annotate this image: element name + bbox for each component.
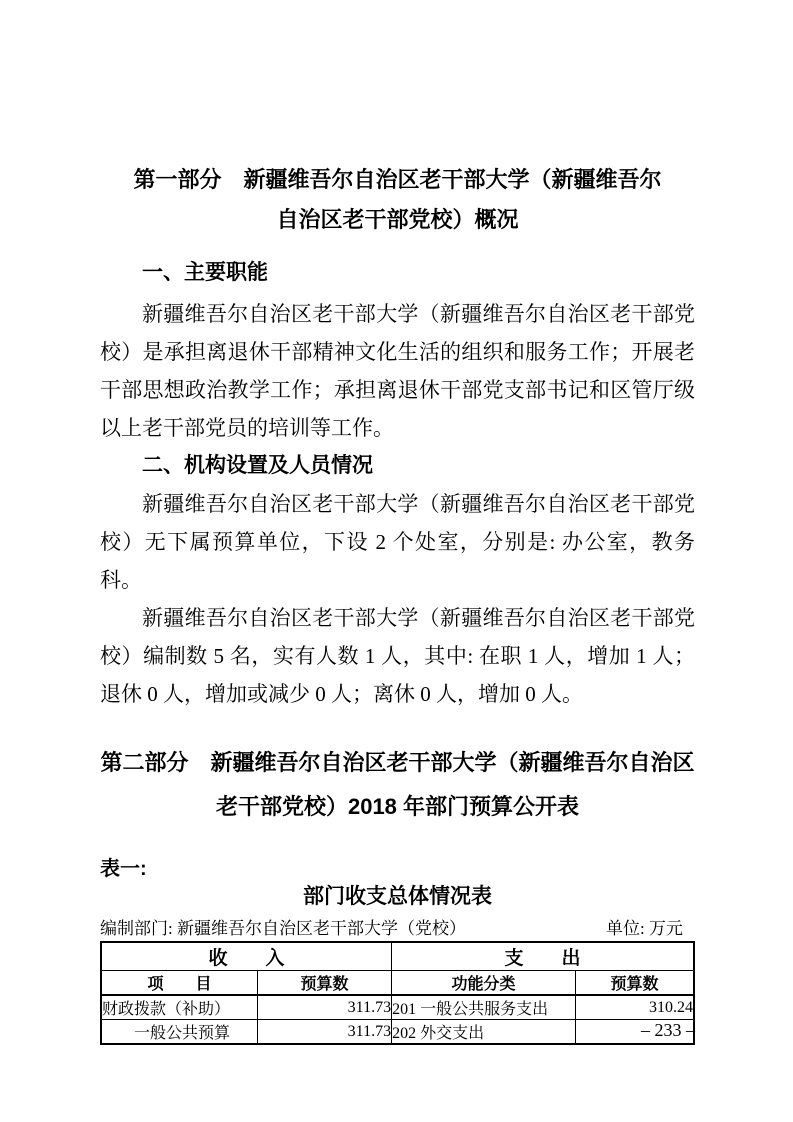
table-row: 财政拨款（补助） 311.73 201 一般公共服务支出 310.24	[101, 995, 694, 1020]
paragraph-main-functions: 新疆维吾尔自治区老干部大学（新疆维吾尔自治区老干部党校）是承担离退休干部精神文化…	[100, 295, 695, 447]
expense-item-cell: 202 外交支出	[392, 1020, 576, 1045]
table-column-header-row: 项 目 预算数 功能分类 预算数	[101, 971, 694, 996]
column-header-budget: 预算数	[258, 971, 392, 996]
part2-title-line1: 第二部分 新疆维吾尔自治区老干部大学（新疆维吾尔自治区	[100, 741, 695, 785]
column-header-budget2: 预算数	[575, 971, 694, 996]
expense-amount-cell: 310.24	[575, 995, 694, 1020]
part2-title: 第二部分 新疆维吾尔自治区老干部大学（新疆维吾尔自治区 老干部党校）2018 年…	[100, 741, 695, 829]
table-group-header-row: 收 入 支 出	[101, 942, 694, 971]
part1-title: 第一部分 新疆维吾尔自治区老干部大学（新疆维吾尔 自治区老干部党校）概况	[100, 160, 695, 240]
income-group-header: 收 入	[101, 942, 392, 971]
budget-summary-table: 收 入 支 出 项 目 预算数 功能分类 预算数 财政拨款（补助） 311.73…	[100, 941, 695, 1045]
paragraph-organization: 新疆维吾尔自治区老干部大学（新疆维吾尔自治区老干部党校）无下属预算单位，下设 2…	[100, 485, 695, 599]
income-amount-cell: 311.73	[258, 1020, 392, 1045]
expense-group-header: 支 出	[392, 942, 694, 971]
part1-title-line2: 自治区老干部党校）概况	[100, 200, 695, 240]
prepared-by-label: 编制部门: 新疆维吾尔自治区老干部大学（党校）	[100, 917, 466, 941]
table-one-label: 表一:	[100, 855, 695, 883]
page-number: – 233 –	[641, 1018, 695, 1042]
column-header-function: 功能分类	[392, 971, 576, 996]
budget-table-title: 部门收支总体情况表	[100, 883, 695, 911]
table-row: 一般公共预算 311.73 202 外交支出	[101, 1020, 694, 1045]
part1-title-line1: 第一部分 新疆维吾尔自治区老干部大学（新疆维吾尔	[100, 160, 695, 200]
paragraph-staffing: 新疆维吾尔自治区老干部大学（新疆维吾尔自治区老干部党校）编制数 5 名，实有人数…	[100, 599, 695, 713]
section-heading-main-functions: 一、主要职能	[100, 258, 695, 288]
page-content: 第一部分 新疆维吾尔自治区老干部大学（新疆维吾尔 自治区老干部党校）概况 一、主…	[100, 160, 695, 1045]
expense-item-cell: 201 一般公共服务支出	[392, 995, 576, 1020]
income-item-cell: 财政拨款（补助）	[101, 995, 258, 1020]
budget-table-meta: 编制部门: 新疆维吾尔自治区老干部大学（党校） 单位: 万元	[100, 917, 695, 941]
income-item-cell: 一般公共预算	[101, 1020, 258, 1045]
section-heading-organization: 二、机构设置及人员情况	[100, 451, 695, 481]
part2-title-line2: 老干部党校）2018 年部门预算公开表	[100, 785, 695, 829]
unit-label: 单位: 万元	[606, 917, 695, 941]
document-page: 第一部分 新疆维吾尔自治区老干部大学（新疆维吾尔 自治区老干部党校）概况 一、主…	[0, 0, 793, 1122]
column-header-item: 项 目	[101, 971, 258, 996]
income-amount-cell: 311.73	[258, 995, 392, 1020]
